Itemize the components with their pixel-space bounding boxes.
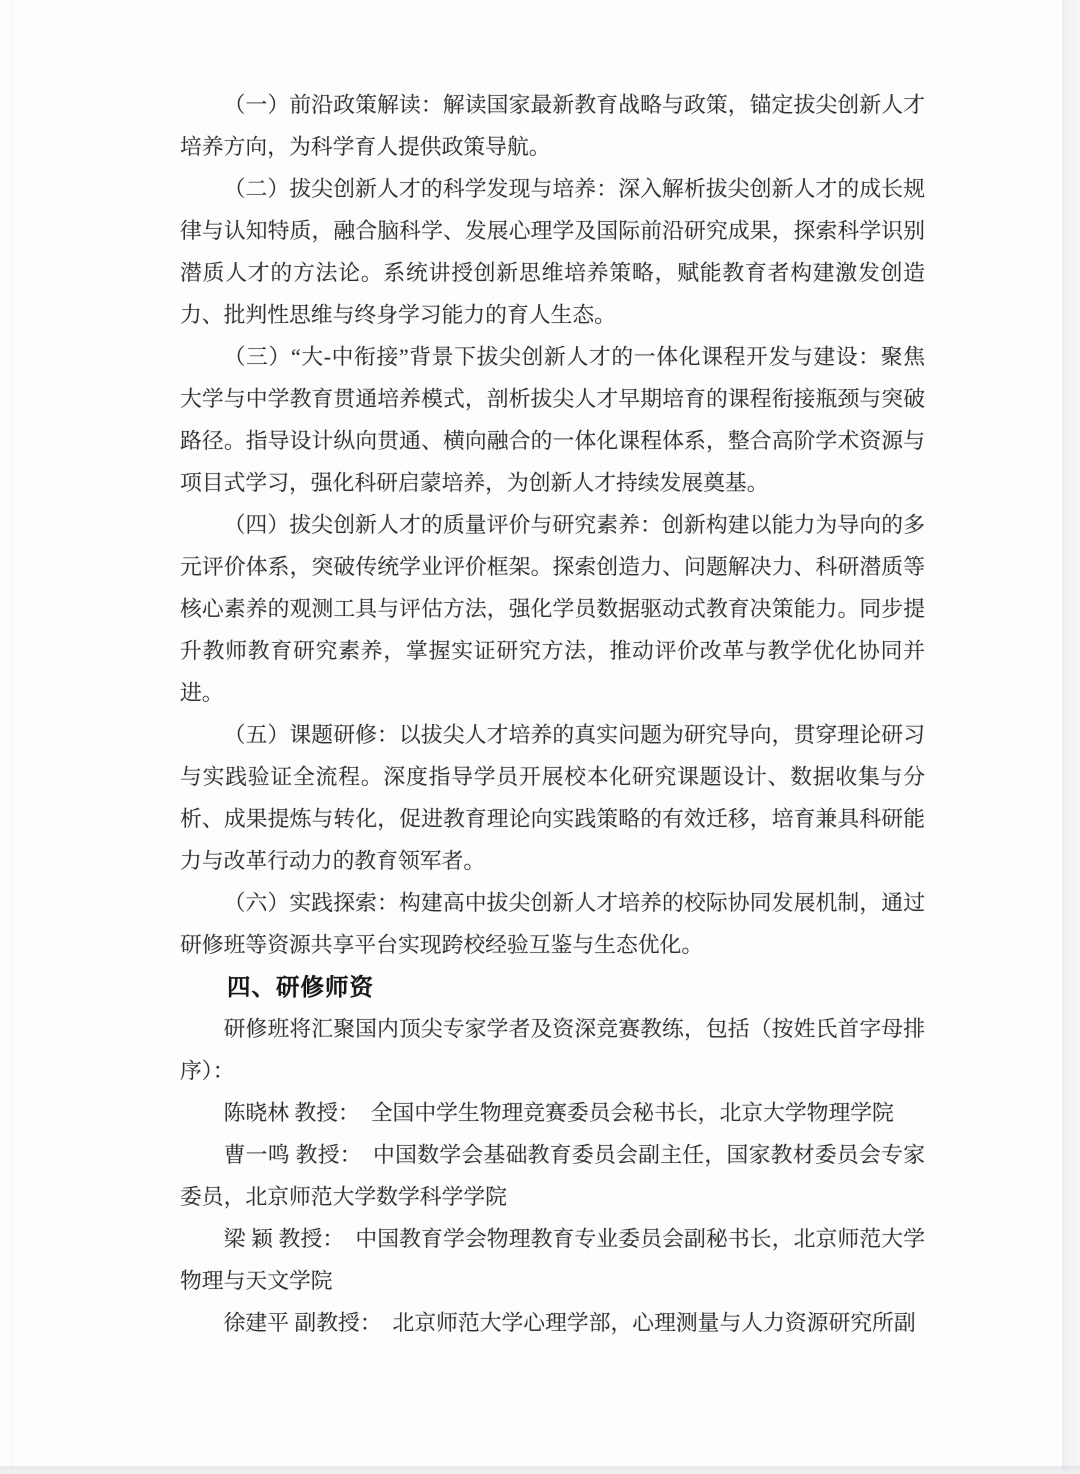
paragraph-item-4: （四）拔尖创新人才的质量评价与研究素养：创新构建以能力为导向的多元评价体系，突破… bbox=[180, 504, 925, 714]
scan-left-crease bbox=[11, 0, 12, 1474]
paragraph-item-2: （二）拔尖创新人才的科学发现与培养：深入解析拔尖创新人才的成长规律与认知特质，融… bbox=[180, 168, 925, 336]
scan-right-page-edge bbox=[1062, 0, 1080, 1474]
faculty-intro: 研修班将汇聚国内顶尖专家学者及资深竞赛教练，包括（按姓氏首字母排序）： bbox=[180, 1008, 925, 1092]
faculty-entry-4: 徐建平 副教授： 北京师范大学心理学部，心理测量与人力资源研究所副 bbox=[180, 1302, 925, 1344]
faculty-entry-1: 陈晓林 教授： 全国中学生物理竞赛委员会秘书长，北京大学物理学院 bbox=[180, 1092, 925, 1134]
section-heading-faculty: 四、研修师资 bbox=[180, 966, 925, 1008]
faculty-entry-2: 曹一鸣 教授： 中国数学会基础教育委员会副主任，国家教材委员会专家委员，北京师范… bbox=[180, 1134, 925, 1218]
document-content: （一）前沿政策解读：解读国家最新教育战略与政策，锚定拔尖创新人才培养方向，为科学… bbox=[180, 84, 925, 1344]
scan-bottom-page-edge bbox=[0, 1466, 1080, 1474]
paragraph-item-3: （三）“大-中衔接”背景下拔尖创新人才的一体化课程开发与建设：聚焦大学与中学教育… bbox=[180, 336, 925, 504]
faculty-entry-3: 梁 颖 教授： 中国教育学会物理教育专业委员会副秘书长，北京师范大学物理与天文学… bbox=[180, 1218, 925, 1302]
paragraph-item-6: （六）实践探索：构建高中拔尖创新人才培养的校际协同发展机制，通过研修班等资源共享… bbox=[180, 882, 925, 966]
paragraph-item-1: （一）前沿政策解读：解读国家最新教育战略与政策，锚定拔尖创新人才培养方向，为科学… bbox=[180, 84, 925, 168]
scanned-document-page: （一）前沿政策解读：解读国家最新教育战略与政策，锚定拔尖创新人才培养方向，为科学… bbox=[0, 0, 1080, 1474]
paragraph-item-5: （五）课题研修：以拔尖人才培养的真实问题为研究导向，贯穿理论研习与实践验证全流程… bbox=[180, 714, 925, 882]
